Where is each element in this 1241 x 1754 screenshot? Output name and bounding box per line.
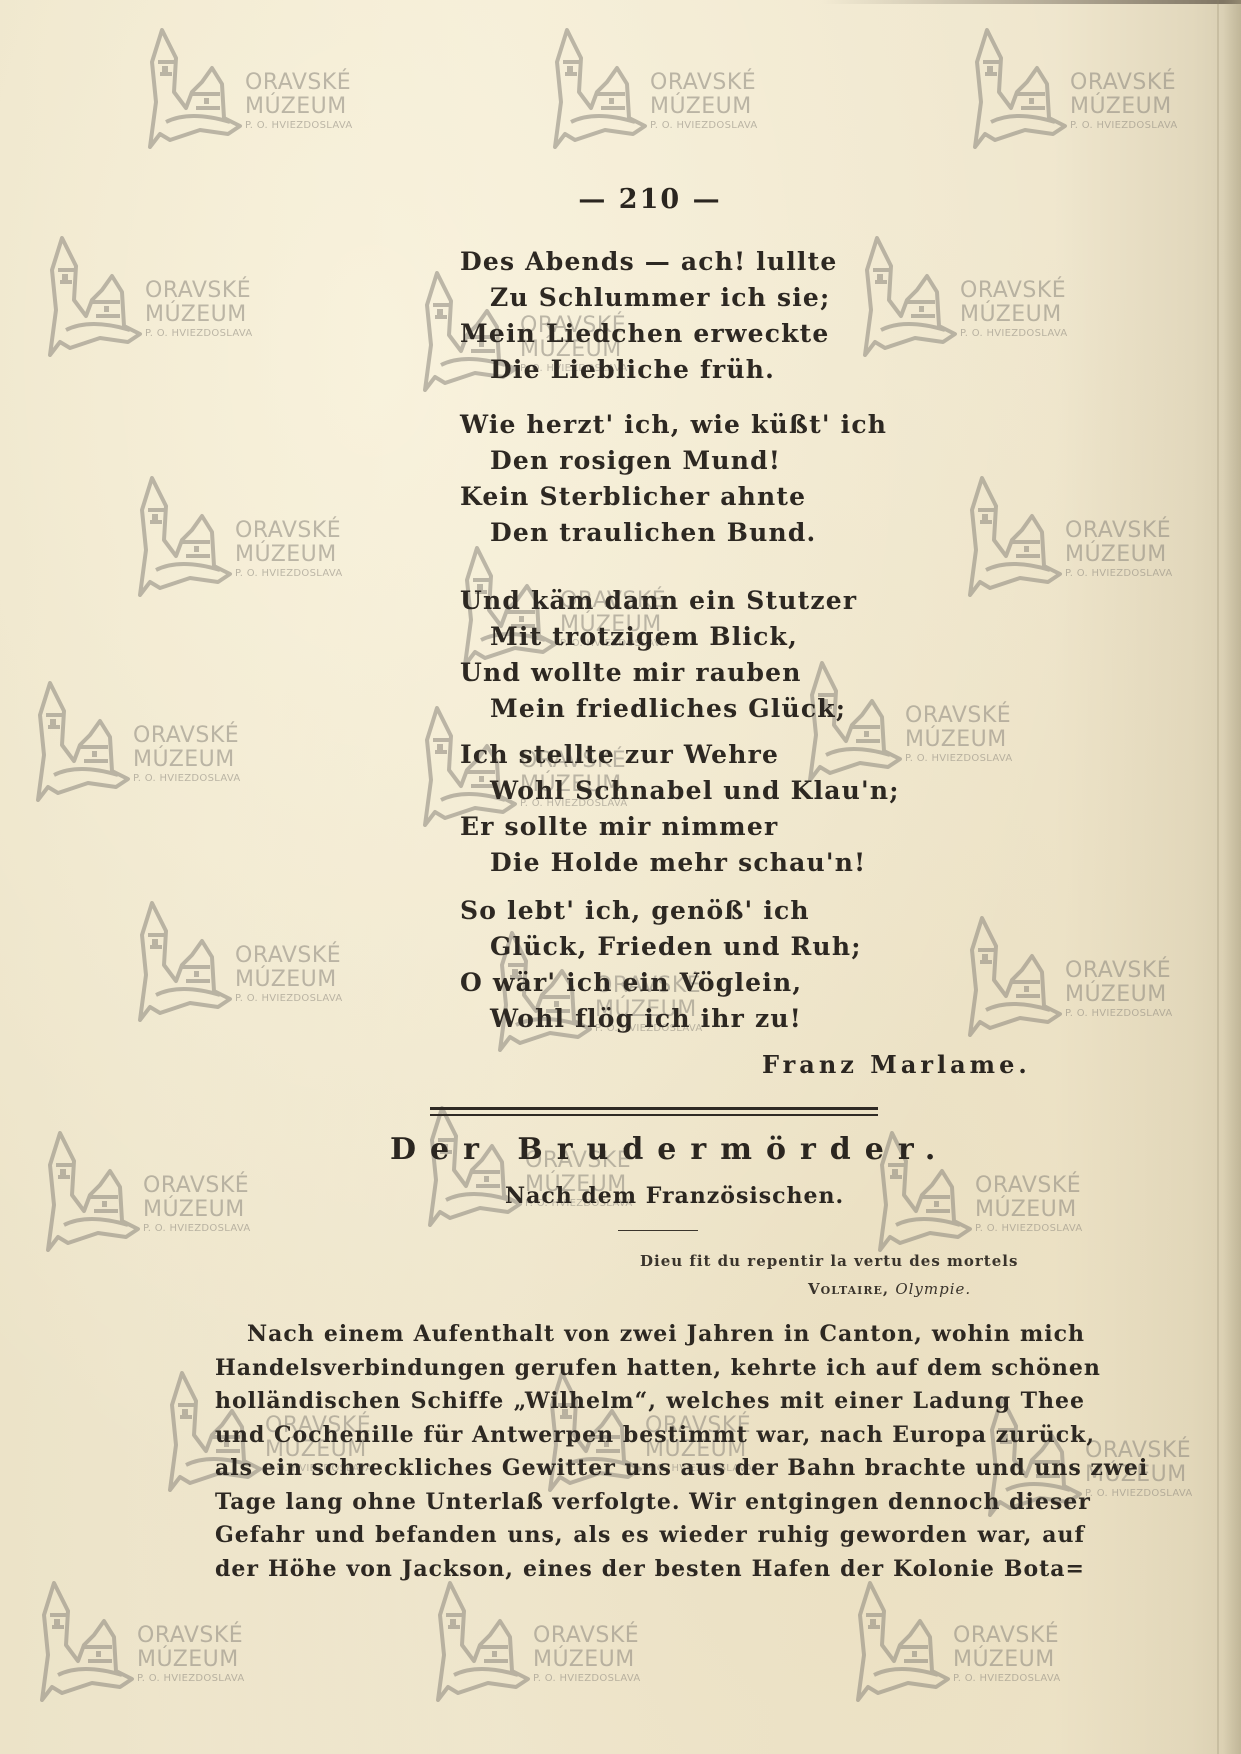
poem-line: Kein Sterblicher ahnte [460, 482, 806, 511]
poem-line: Und käm dann ein Stutzer [460, 586, 857, 615]
poem-line: So lebt' ich, genöß' ich [460, 896, 810, 925]
poem-line: Wie herzt' ich, wie küßt' ich [460, 410, 887, 439]
poem-line: Den traulichen Bund. [490, 518, 816, 547]
paragraph-line: holländischen Schiffe „Wilhelm“, welches… [215, 1385, 1085, 1419]
poem-line: Zu Schlummer ich sie; [490, 283, 830, 312]
poem-line: Den rosigen Mund! [490, 446, 781, 475]
section-divider-top [430, 1107, 878, 1110]
poem-signature: Franz Marlame. [762, 1050, 1031, 1079]
poem-line: Die Liebliche früh. [490, 355, 775, 384]
document-page: — 210 — Des Abends — ach! lullteZu Schlu… [0, 0, 1241, 1754]
poem-line: O wär' ich ein Vöglein, [460, 968, 802, 997]
paragraph-line: Handelsverbindungen gerufen hatten, kehr… [215, 1352, 1085, 1386]
subtitle-rule [618, 1230, 698, 1231]
attribution-work: Olympie. [895, 1280, 971, 1298]
poem-line: Ich stellte zur Wehre [460, 740, 779, 769]
paragraph-line: Nach einem Aufenthalt von zwei Jahren in… [215, 1318, 1085, 1352]
poem-line: Wohl flög ich ihr zu! [490, 1004, 802, 1033]
paragraph-line: Gefahr und befanden uns, als es wieder r… [215, 1519, 1085, 1553]
poem-line: Er sollte mir nimmer [460, 812, 778, 841]
paragraph-line: und Cochenille für Antwerpen bestimmt wa… [215, 1419, 1085, 1453]
poem-line: Wohl Schnabel und Klau'n; [490, 776, 900, 805]
epigraph: Dieu fit du repentir la vertu des mortel… [640, 1252, 1018, 1270]
poem-line: Mein Liedchen erweckte [460, 319, 830, 348]
story-paragraph: Nach einem Aufenthalt von zwei Jahren in… [215, 1318, 1085, 1586]
poem-line: Die Holde mehr schau'n! [490, 848, 866, 877]
page-number: — 210 — [570, 184, 730, 215]
epigraph-attribution: Voltaire, Olympie. [808, 1280, 971, 1298]
paragraph-line: der Höhe von Jackson, eines der besten H… [215, 1553, 1085, 1587]
paragraph-line: als ein schreckliches Gewitter uns aus d… [215, 1452, 1085, 1486]
poem-line: Des Abends — ach! lullte [460, 247, 837, 276]
paragraph-line: Tage lang ohne Unterlaß verfolgte. Wir e… [215, 1486, 1085, 1520]
poem-line: Und wollte mir rauben [460, 658, 802, 687]
story-subtitle: Nach dem Französischen. [505, 1183, 844, 1209]
attribution-author: Voltaire, [808, 1280, 889, 1298]
section-divider-bottom [430, 1114, 878, 1116]
poem-line: Mit trotzigem Blick, [490, 622, 798, 651]
story-title: Der Brudermörder. [390, 1132, 920, 1167]
poem-line: Glück, Frieden und Ruh; [490, 932, 862, 961]
poem-line: Mein friedliches Glück; [490, 694, 846, 723]
